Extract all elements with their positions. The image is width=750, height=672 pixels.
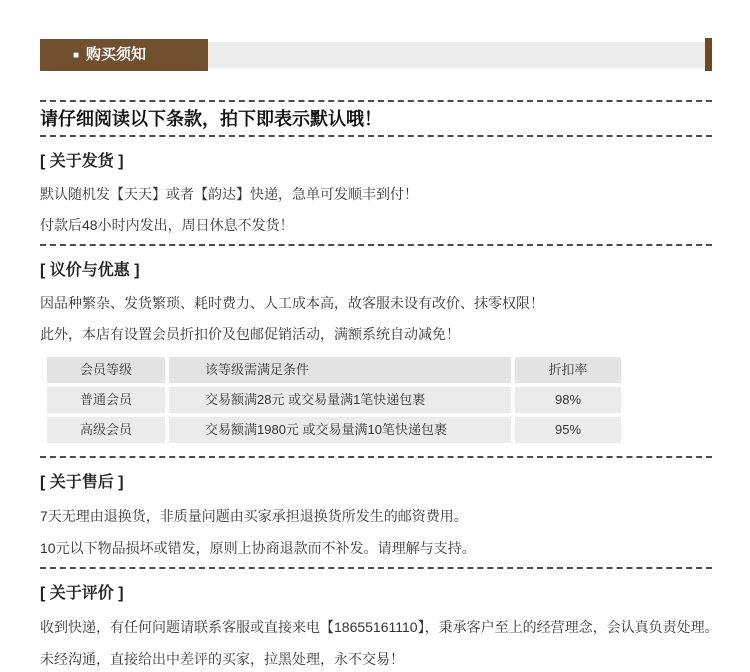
header-strip [208, 42, 705, 68]
section-bargain: [ 议价与优惠 ] 因品种繁杂、发货繁琐、耗时费力、人工成本高，故客服未设有改价… [40, 246, 712, 456]
section-heading: [ 关于发货 ] [40, 151, 712, 173]
section-heading: [ 议价与优惠 ] [40, 260, 712, 282]
section-line: 收到快递，有任何问题请联系客服或直接来电【18655161110】，秉承客户至上… [40, 617, 712, 637]
page-title-label: 购买须知 [86, 46, 146, 63]
table-header-cell: 该等级需满足条件 [169, 357, 511, 383]
section-heading: [ 关于售后 ] [40, 472, 712, 494]
page-title: ■购买须知 [40, 39, 208, 71]
header-end-bar [705, 38, 712, 71]
table-cell: 95% [515, 417, 621, 443]
section-line: 10元以下物品损坏或错发，原则上协商退款而不补发。请理解与支持。 [40, 538, 712, 558]
section-line: 此外，本店有设置会员折扣价及包邮促销活动，满额系统自动减免！ [40, 324, 712, 344]
section-line: 付款后48小时内发出，周日休息不发货！ [40, 215, 712, 235]
purchase-notice-page: ■购买须知 请仔细阅读以下条款，拍下即表示默认哦！ [ 关于发货 ] 默认随机发… [0, 0, 750, 672]
section-line: 默认随机发【天天】或者【韵达】快递，急单可发顺丰到付！ [40, 184, 712, 204]
section-line: 未经沟通，直接给出中差评的买家，拉黑处理，永不交易！ [40, 649, 712, 669]
section-line: 因品种繁杂、发货繁琐、耗时费力、人工成本高，故客服未设有改价、抹零权限！ [40, 293, 712, 313]
table-cell: 交易额满1980元 或交易量满10笔快递包裹 [169, 417, 511, 443]
table-cell: 交易额满28元 或交易量满1笔快递包裹 [169, 387, 511, 413]
table-header-cell: 折扣率 [515, 357, 621, 383]
table-cell: 普通会员 [47, 387, 165, 413]
section-heading: [ 关于评价 ] [40, 583, 712, 605]
section-review: [ 关于评价 ] 收到快递，有任何问题请联系客服或直接来电【1865516111… [40, 569, 712, 672]
section-aftersales: [ 关于售后 ] 7天无理由退换货，非质量问题由买家承担退换货所发生的邮资费用。… [40, 458, 712, 567]
table-cell: 高级会员 [47, 417, 165, 443]
section-shipping: [ 关于发货 ] 默认随机发【天天】或者【韵达】快递，急单可发顺丰到付！ 付款后… [40, 137, 712, 244]
section-line: 7天无理由退换货，非质量问题由买家承担退换货所发生的邮资费用。 [40, 506, 712, 526]
table-cell: 98% [515, 387, 621, 413]
header-bar: ■购买须知 [40, 38, 712, 71]
square-bullet-icon: ■ [73, 50, 79, 61]
table-header-cell: 会员等级 [47, 357, 165, 383]
intro-title: 请仔细阅读以下条款，拍下即表示默认哦！ [40, 102, 712, 135]
membership-table: 会员等级 该等级需满足条件 折扣率 普通会员 交易额满28元 或交易量满1笔快递… [47, 357, 617, 443]
